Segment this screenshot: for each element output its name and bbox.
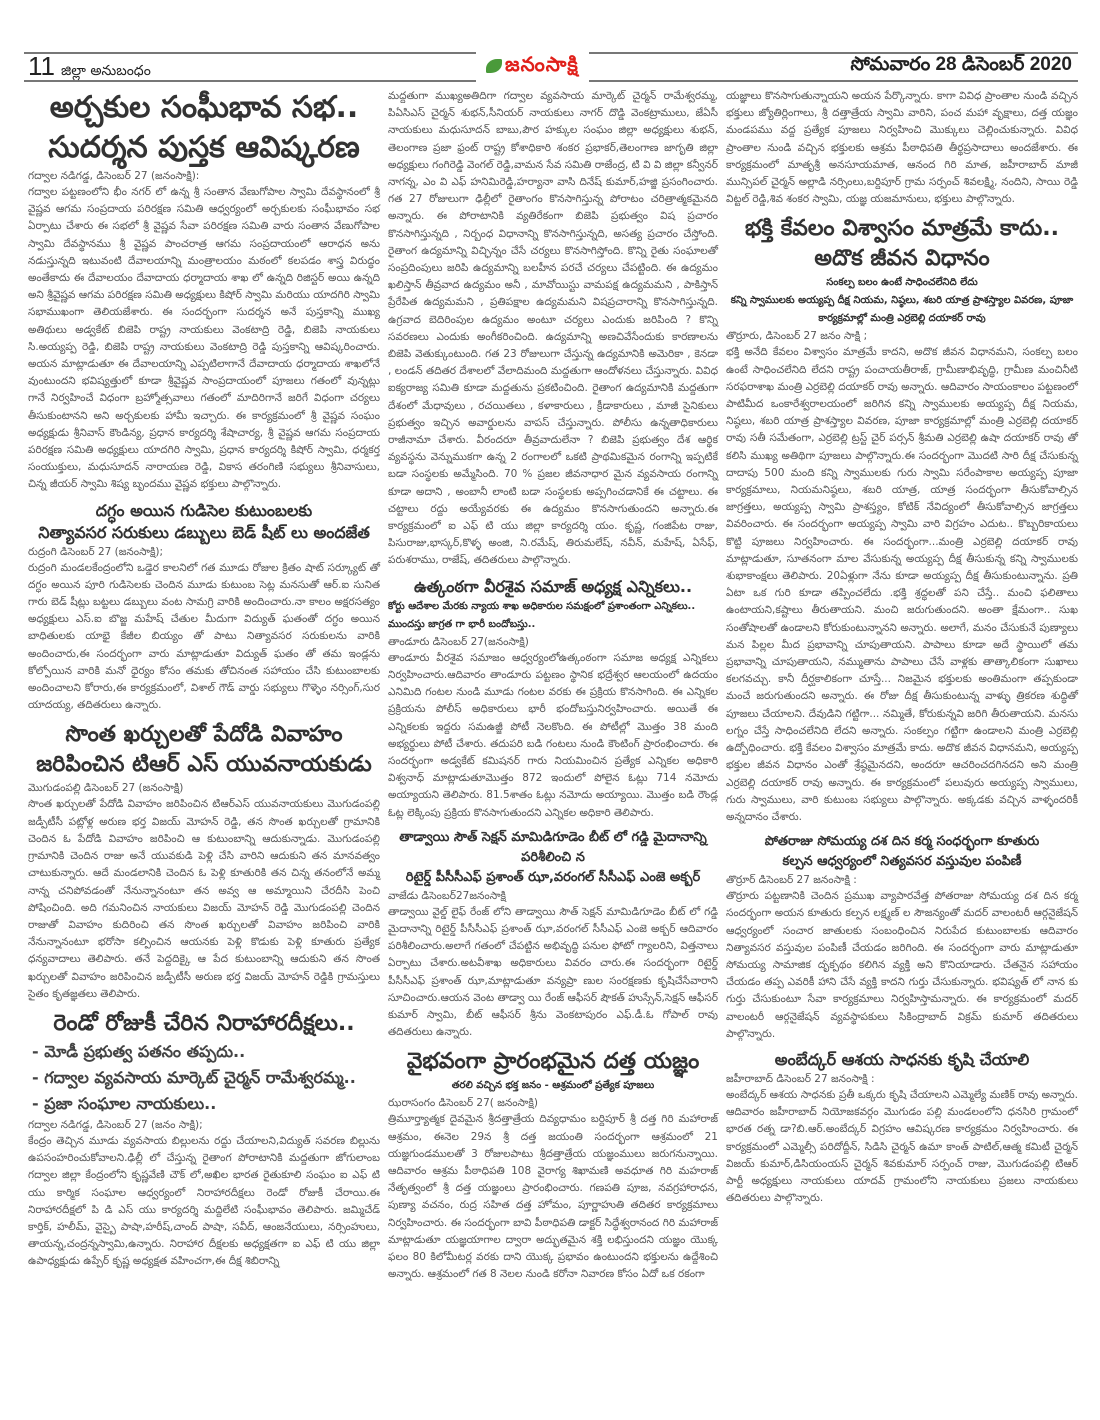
column-1: అర్చకుల సంఘీభావ సభ.. సుదర్శన పుస్తక ఆవిష… (28, 88, 380, 1271)
newspaper-logo: జనంసాక్షి (476, 48, 589, 84)
dateline: గద్వాల నడిగడ్డ, డిసెంబర్ 27 (జనం సాక్షి)… (28, 1117, 380, 1133)
dateline: తొర్రూరు, డిసెంబర్ 27 జనం సాక్షి ; (726, 328, 1078, 344)
section-name: జిల్లా అనుబంధం (61, 63, 151, 82)
article-pothuraju: పోతరాజు సోమయ్య దశ దిన కర్మ సంధర్భంగా కూత… (726, 832, 1078, 1043)
article-ambedkar: అంబేద్కర్ ఆశయ సాధనకు కృషి చేయాలి జహీరాబా… (726, 1049, 1078, 1207)
article-continued: యజ్ఞాలు కొనసాగుతున్నాయని అయన పేర్కొన్నార… (726, 88, 1078, 208)
dateline: గద్వాల నడిగడ్డ, డిసెంబర్ 27 (జనంసాక్షి): (28, 168, 380, 184)
headline: పోతరాజు సోమయ్య దశ దిన కర్మ సంధర్భంగా కూత… (726, 832, 1078, 852)
article-dagdham: దగ్ధం అయిన గుడిసెల కుటుంబలకు నిత్యావసర స… (28, 500, 380, 715)
column-2: మద్దతుగా ముఖ్యఅతిదిగా గద్వాల వ్యవసాయ మార… (388, 88, 718, 1283)
article-tadvai: తాడ్వాయి సౌత్ సెక్షన్ మామిడిగూడెం బీట్ ల… (388, 828, 718, 1042)
article-veerashaiva: ఉత్కంఠగా వీరశైవ సమాజ్ అధ్యక్ష ఎన్నికలు..… (388, 576, 718, 822)
article-body: మద్దతుగా ముఖ్యఅతిదిగా గద్వాల వ్యవసాయ మార… (388, 88, 718, 570)
bullet-point: - గద్వాల వ్యవసాయ మార్కెట్ చైర్మన్ రామేశ్… (28, 1065, 380, 1091)
headline: భక్తి కేవలం విశ్వాసం మాత్రమే కాదు.. (726, 214, 1078, 244)
bullet-point: - మోడీ ప్రభుత్వ పతనం తప్పదు.. (28, 1039, 380, 1065)
article-niraharadeekshalu: రెండో రోజుకీ చేరిన నిరాహారదీక్షలు.. - మో… (28, 1009, 380, 1271)
dateline: వాజేడు డిసెంబర్27జనంసాక్షి (388, 888, 718, 904)
article-body: తాండూరు వీరశైవ సమాజం ఆధ్వర్యంలోఉత్కంఠంగా… (388, 650, 718, 822)
article-body: తొర్రూరు పట్టణానికి చెందిన ప్రముఖ వ్యాపా… (726, 888, 1078, 1043)
subheadline: తరలి వచ్చిన భక్త జనం - ఆశ్రమంలో ప్రత్యేక… (388, 1077, 718, 1095)
article-body: తాడ్వాయి వైల్డ్ లైఫ్ రేంజ్ లోని తాడ్వాయి… (388, 904, 718, 1042)
headline: దగ్ధం అయిన గుడిసెల కుటుంబలకు (28, 500, 380, 522)
page-number: 11 (28, 53, 55, 79)
subheadline: కోర్టు ఆదేశాల మేరకు న్యాయ శాఖ అధికారుల స… (388, 598, 718, 616)
article-body: భక్తి అనేది కేవలం విశ్వాసం మాత్రమే కాదని… (726, 344, 1078, 826)
dateline: తొర్రూర్ డిసెంబర్ 27 జనంసాక్షి : (726, 872, 1078, 888)
headline: కల్పన ఆధ్వర్యంలో నిత్యవసర వస్తువుల పంపిణ… (726, 852, 1078, 872)
subheadline: ముందస్తు జాగ్రత గా భారీ బందోబస్తు.. (388, 616, 718, 634)
issue-date: సోమవారం 28 డిసెంబర్ 2020 (851, 54, 1072, 80)
dateline: రుద్రంగి డిసెంబర్ 27 (జనంసాక్షి); (28, 544, 380, 560)
dateline: జహీరాబాద్ డిసెంబర్ 27 జనంసాక్షి : (726, 1071, 1078, 1087)
headline: నిత్యావసర సరుకులు డబ్బులు బెడ్ షీట్ లు అ… (28, 522, 380, 544)
page-label: 11 జిల్లా అనుబంధం (28, 53, 151, 82)
headline: సుదర్శన పుస్తక ఆవిష్కరణ (28, 128, 380, 168)
headline: అదొక జీవన విధానం (726, 244, 1078, 274)
headline: సొంత ఖర్చులతో పేదోడి వివాహం (28, 720, 380, 750)
logo-text: జనంసాక్షి (505, 52, 579, 81)
dateline: తాండూరు డిసెంబర్ 27(జనంసాక్షి) (388, 634, 718, 650)
article-body: యజ్ఞాలు కొనసాగుతున్నాయని అయన పేర్కొన్నార… (726, 88, 1078, 208)
masthead: 11 జిల్లా అనుబంధం జనంసాక్షి సోమవారం 28 డ… (24, 52, 1078, 82)
headline: తాడ్వాయి సౌత్ సెక్షన్ మామిడిగూడెం బీట్ ల… (388, 828, 718, 868)
dateline: మొగుడంపల్లి డిసెంబర్ 27 (జనంసాక్షి) (28, 780, 380, 796)
headline: ఉత్కంఠగా వీరశైవ సమాజ్ అధ్యక్ష ఎన్నికలు.. (388, 576, 718, 598)
headline: అంబేద్కర్ ఆశయ సాధనకు కృషి చేయాలి (726, 1049, 1078, 1071)
headline: జరిపించిన టిఆర్ ఎస్ యువనాయకుడు (28, 750, 380, 780)
article-datta-yagnam: వైభవంగా ప్రారంభమైన దత్త యజ్ఞం తరలి వచ్చి… (388, 1047, 718, 1283)
subheadline: కన్ని స్వాములకు అయ్యప్ప దీక్ష నియమ, నిష్… (726, 292, 1078, 328)
dateline: ఝరాసంగం డిసెంబర్ 27( జనంసాక్షి) (388, 1095, 718, 1111)
headline: అర్చకుల సంఘీభావ సభ.. (28, 88, 380, 128)
article-archakula: అర్చకుల సంఘీభావ సభ.. సుదర్శన పుస్తక ఆవిష… (28, 88, 380, 494)
article-body: అంబేద్కర్ ఆశయ సాధనకు ప్రతీ ఒక్కరు కృషి చ… (726, 1087, 1078, 1207)
headline: వైభవంగా ప్రారంభమైన దత్త యజ్ఞం (388, 1047, 718, 1077)
article-body: గద్వాల పట్టణంలోని భీం నగర్ లో ఉన్న శ్రీ … (28, 184, 380, 494)
subheadline: సంకల్ప బలం ఉంటే సాధించలేనిది లేదు (726, 274, 1078, 292)
headline: రెండో రోజుకీ చేరిన నిరాహారదీక్షలు.. (28, 1009, 380, 1039)
article-continued: మద్దతుగా ముఖ్యఅతిదిగా గద్వాల వ్యవసాయ మార… (388, 88, 718, 570)
article-body: సొంత ఖర్చులతో పేదోడి వివాహం జరిపించిన టి… (28, 796, 380, 1002)
headline: రిటైర్డ్ పీసీసీఎఫ్ ప్రశాంత్ ఝా,వరంగల్ సీ… (388, 868, 718, 888)
bullet-point: - ప్రజా సంఘాల నాయకులు.. (28, 1091, 380, 1117)
article-body: కేంద్రం తెచ్చిన మూడు వ్యవసాయ బిల్లులను ర… (28, 1133, 380, 1271)
leaf-logo-icon (486, 59, 502, 73)
article-sontha-kharchulatho: సొంత ఖర్చులతో పేదోడి వివాహం జరిపించిన టి… (28, 720, 380, 1002)
article-body: త్రిమూర్త్యాత్మక దైవమైన శ్రీదత్తాత్రేయ ద… (388, 1111, 718, 1283)
column-3: యజ్ఞాలు కొనసాగుతున్నాయని అయన పేర్కొన్నార… (726, 88, 1078, 1207)
article-body: రుద్రంగి మండలకేంద్రంలోని ఒడ్డెర కాలనిలో … (28, 560, 380, 715)
article-bhakti: భక్తి కేవలం విశ్వాసం మాత్రమే కాదు.. అదొక… (726, 214, 1078, 826)
